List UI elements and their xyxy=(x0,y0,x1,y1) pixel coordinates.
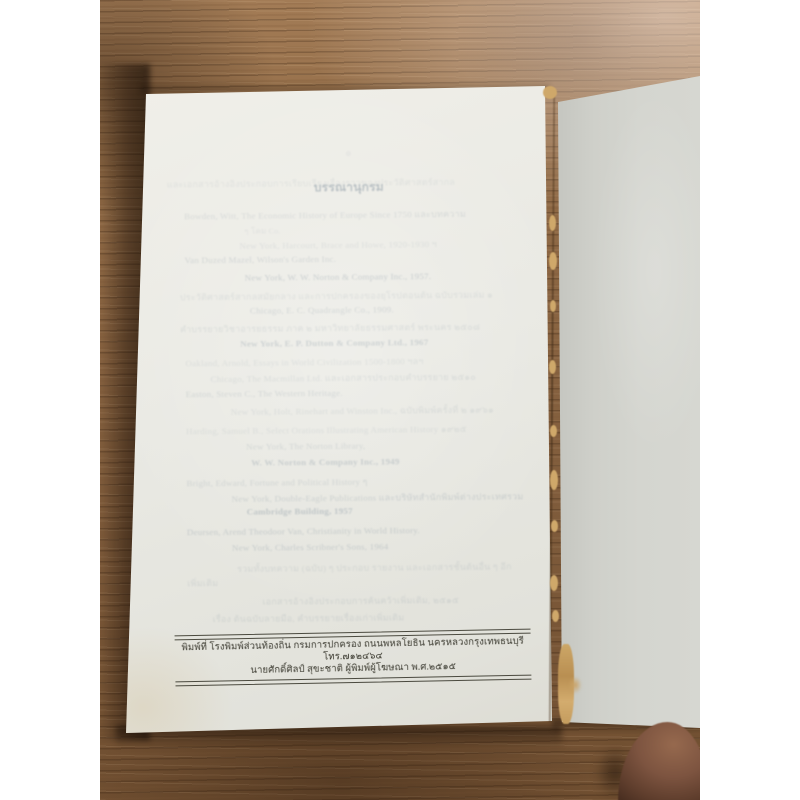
binding-glue-spot xyxy=(550,575,558,591)
binding-glue-spot xyxy=(550,425,557,437)
binding-glue-spot xyxy=(549,215,556,231)
binding-glue-spot xyxy=(552,610,559,622)
fingertip xyxy=(618,722,700,800)
binding-glue-spot xyxy=(549,360,556,374)
photograph: ๏และเอกสารอ้างอิงประกอบการเรียบเรียงเรื่… xyxy=(100,0,700,800)
printer-colophon-box: พิมพ์ที่ โรงพิมพ์ส่วนท้องถิ่น กรมการปกคร… xyxy=(175,629,532,687)
binding-glue-spot xyxy=(550,470,558,490)
binding-glue-spot xyxy=(549,252,557,270)
book-right-page xyxy=(550,76,700,728)
book-gutter xyxy=(549,90,555,722)
binding-glue-spot xyxy=(550,300,556,312)
binding-glue-spot xyxy=(543,86,557,99)
page-stain xyxy=(568,676,582,694)
photo-canvas: ๏และเอกสารอ้างอิงประกอบการเรียบเรียงเรื่… xyxy=(0,0,800,800)
binding-glue-spot xyxy=(551,520,558,532)
colophon-text: พิมพ์ที่ โรงพิมพ์ส่วนท้องถิ่น กรมการปกคร… xyxy=(175,634,532,682)
